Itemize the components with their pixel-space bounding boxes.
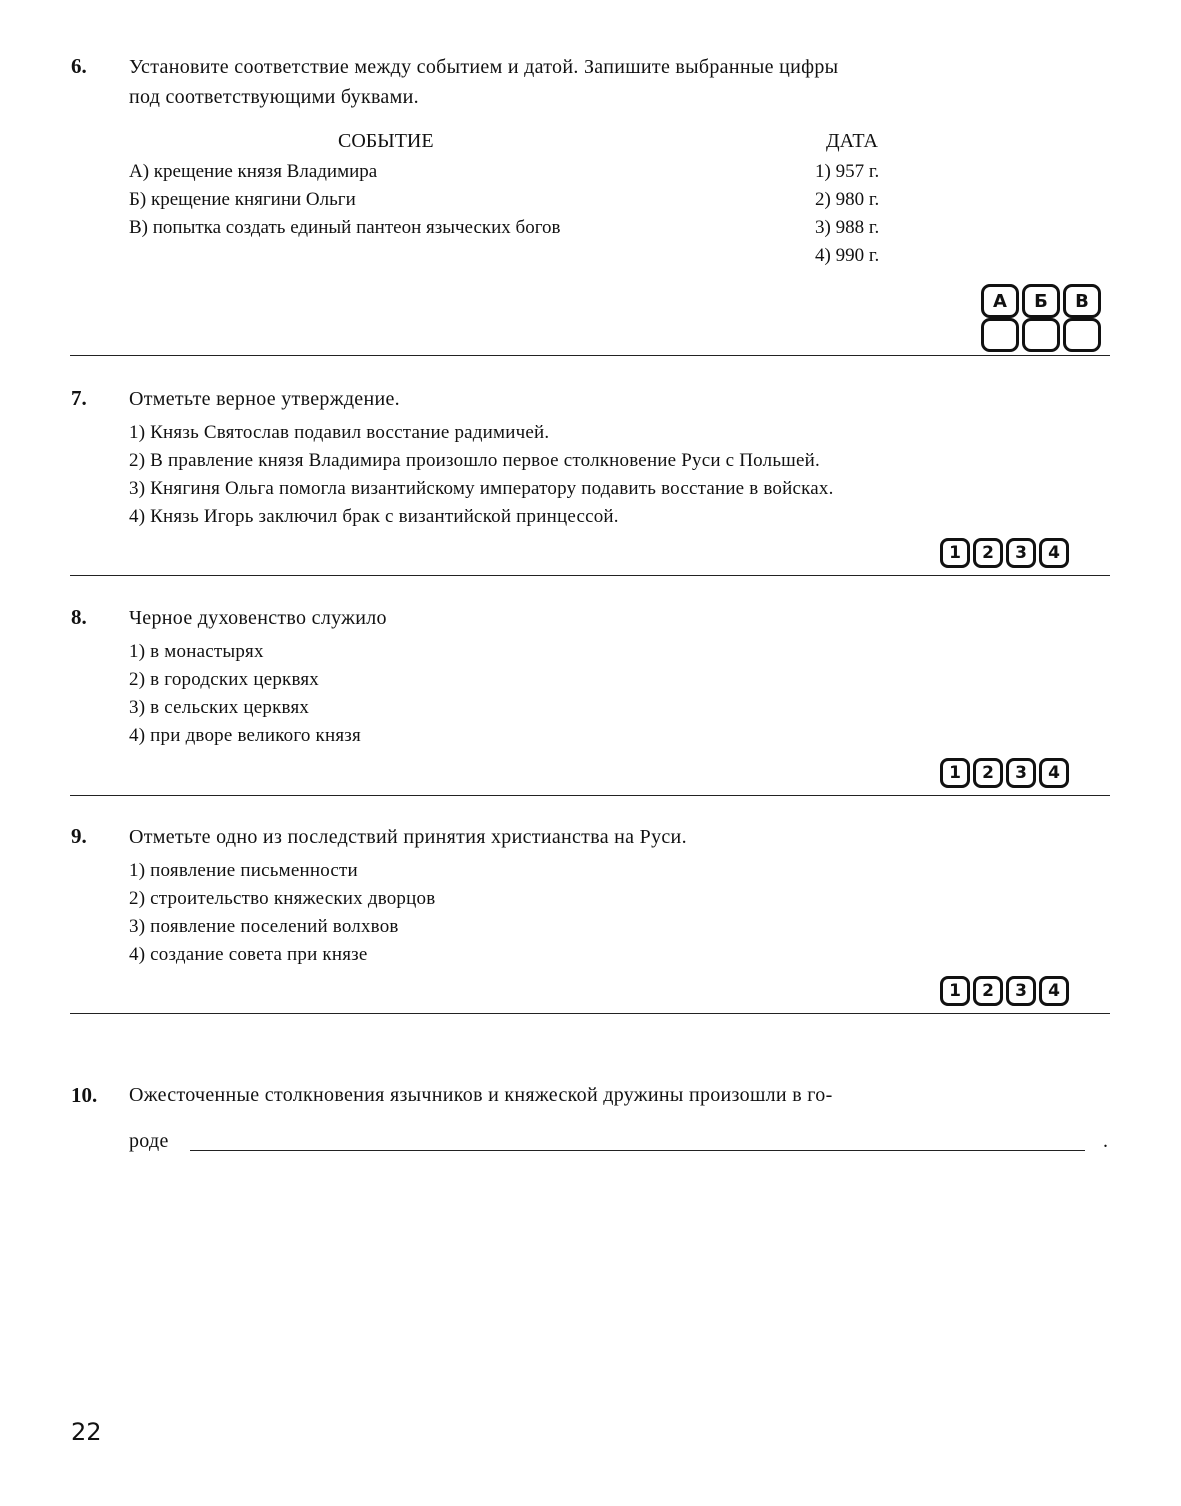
- answer-box-4[interactable]: 4: [1039, 758, 1069, 788]
- answer-input-b[interactable]: [1022, 318, 1060, 352]
- date-item: 1) 957 г.: [815, 161, 879, 183]
- option-4: 4) создание совета при князе: [129, 941, 368, 969]
- divider: [70, 795, 1110, 796]
- answer-grid: А Б В: [981, 284, 1101, 352]
- question-stem-cont: роде: [129, 1126, 169, 1156]
- option-3: 3) Княгиня Ольга помогла византийскому и…: [129, 475, 834, 503]
- answer-box-2[interactable]: 2: [973, 538, 1003, 568]
- date-item: 2) 980 г.: [815, 189, 879, 211]
- option-1: 1) появление письменности: [129, 857, 358, 885]
- question-stem: Отметьте верное утверждение.: [129, 384, 400, 414]
- option-1: 1) Князь Святослав подавил восстание рад…: [129, 419, 549, 447]
- answer-box-2[interactable]: 2: [973, 758, 1003, 788]
- answer-box-1[interactable]: 1: [940, 758, 970, 788]
- option-1: 1) в монастырях: [129, 638, 264, 666]
- question-stem: Отметьте одно из последствий принятия хр…: [129, 822, 687, 852]
- question-stem: Ожесточенные столкновения язычников и кн…: [129, 1080, 833, 1110]
- answer-box-1[interactable]: 1: [940, 538, 970, 568]
- event-item: Б) крещение княгини Ольги: [129, 189, 356, 211]
- question-stem: Черное духовенство служило: [129, 603, 387, 633]
- answer-box-1[interactable]: 1: [940, 976, 970, 1006]
- event-item: В) попытка создать единый пантеон язычес…: [129, 217, 561, 239]
- question-number: 9.: [71, 824, 87, 849]
- answer-box-3[interactable]: 3: [1006, 758, 1036, 788]
- option-2: 2) В правление князя Владимира произошло…: [129, 447, 820, 475]
- answer-box-4[interactable]: 4: [1039, 976, 1069, 1006]
- answer-box-2[interactable]: 2: [973, 976, 1003, 1006]
- answer-boxes: 1 2 3 4: [940, 538, 1069, 568]
- answer-input-v[interactable]: [1063, 318, 1101, 352]
- question-number: 7.: [71, 386, 87, 411]
- answer-letter-b: Б: [1022, 284, 1060, 318]
- page-number: 22: [71, 1418, 102, 1446]
- option-2: 2) в городских церквях: [129, 666, 319, 694]
- event-item: А) крещение князя Владимира: [129, 161, 377, 183]
- question-stem: Установите соответствие между событием и…: [129, 52, 838, 82]
- divider: [70, 355, 1110, 356]
- answer-box-3[interactable]: 3: [1006, 976, 1036, 1006]
- answer-boxes: 1 2 3 4: [940, 758, 1069, 788]
- end-mark: .: [1103, 1126, 1108, 1156]
- question-number: 10.: [71, 1083, 97, 1108]
- date-item: 3) 988 г.: [815, 217, 879, 239]
- question-number: 8.: [71, 605, 87, 630]
- answer-box-4[interactable]: 4: [1039, 538, 1069, 568]
- date-item: 4) 990 г.: [815, 245, 879, 267]
- question-stem-cont: под соответствующими буквами.: [129, 82, 419, 112]
- column-header-event: СОБЫТИЕ: [338, 130, 434, 153]
- answer-boxes: 1 2 3 4: [940, 976, 1069, 1006]
- answer-box-3[interactable]: 3: [1006, 538, 1036, 568]
- option-2: 2) строительство княжеских дворцов: [129, 885, 435, 913]
- divider: [70, 575, 1110, 576]
- answer-line[interactable]: [190, 1150, 1085, 1151]
- answer-letter-a: А: [981, 284, 1019, 318]
- option-3: 3) появление поселений волхвов: [129, 913, 399, 941]
- divider: [70, 1013, 1110, 1014]
- option-3: 3) в сельских церквях: [129, 694, 309, 722]
- option-4: 4) Князь Игорь заключил брак с византийс…: [129, 503, 619, 531]
- question-number: 6.: [71, 54, 87, 79]
- answer-input-a[interactable]: [981, 318, 1019, 352]
- answer-letter-v: В: [1063, 284, 1101, 318]
- column-header-date: ДАТА: [826, 130, 878, 153]
- option-4: 4) при дворе великого князя: [129, 722, 361, 750]
